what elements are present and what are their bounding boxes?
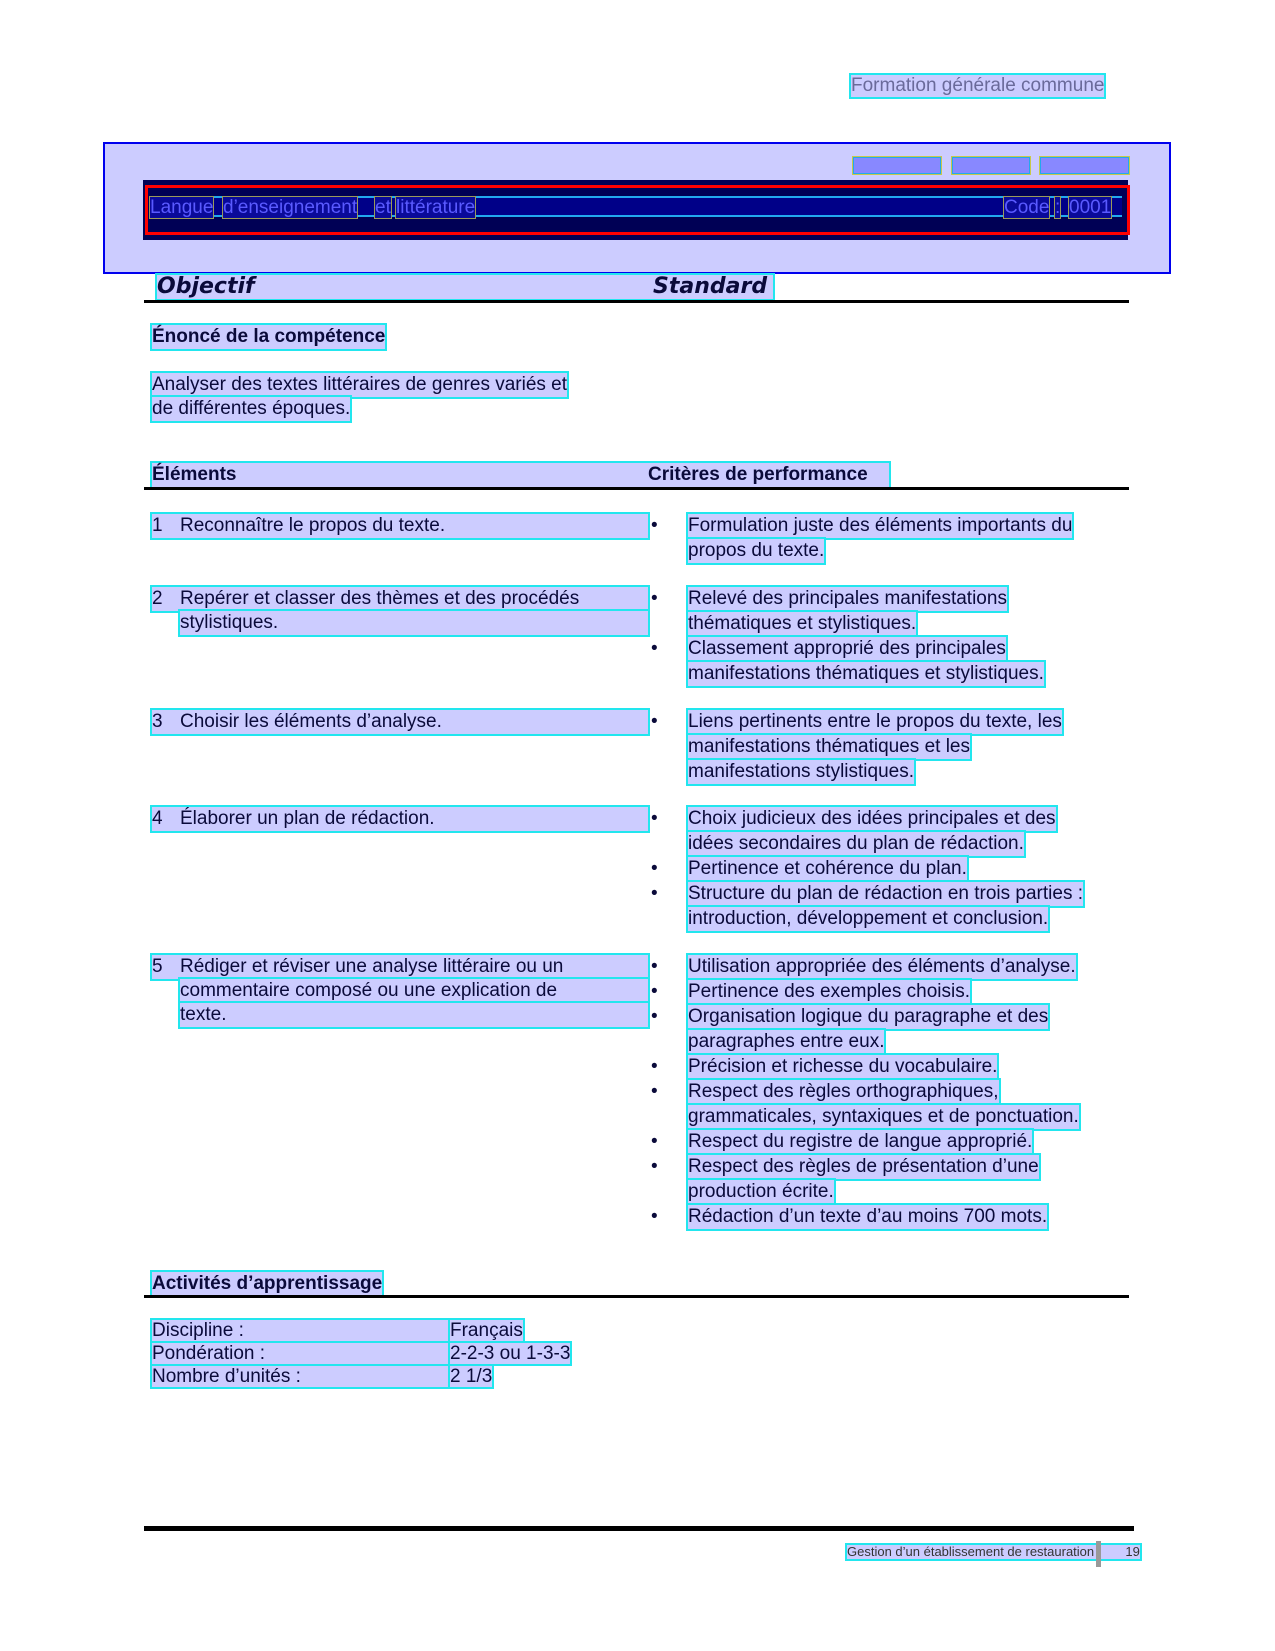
bullet-icon: •: [651, 514, 658, 538]
activity-label: Nombre d’unités :: [152, 1366, 450, 1387]
standard-label: Standard: [653, 275, 767, 299]
bullet-icon: •: [651, 710, 658, 734]
criterion-line: propos du texte.: [688, 539, 824, 563]
activity-label: Discipline :: [152, 1320, 450, 1341]
competency-line: de différentes époques.: [152, 397, 350, 421]
criterion-line: manifestations thématiques et stylistiqu…: [688, 662, 1044, 686]
criterion-line: manifestations stylistiques.: [688, 760, 914, 784]
activities-heading: Activités d’apprentissage: [152, 1272, 382, 1296]
criterion-line: Formulation juste des éléments important…: [688, 514, 1072, 538]
footer-marker: [1096, 1541, 1101, 1567]
criterion-line: manifestations thématiques et les: [688, 735, 970, 759]
element-number: 4: [152, 807, 180, 831]
element-line: 1Reconnaître le propos du texte.: [152, 514, 648, 538]
competency-line: Analyser des textes littéraires de genre…: [152, 373, 567, 397]
element-number: 1: [152, 514, 180, 538]
element-line: 2Repérer et classer des thèmes et des pr…: [152, 587, 648, 611]
footer-rule: [144, 1526, 1134, 1531]
bullet-icon: •: [651, 1080, 658, 1104]
bullet-icon: •: [651, 1005, 658, 1029]
title-line: Langue d’enseignement et littérature Cod…: [149, 196, 1122, 217]
criterion-line: Rédaction d’un texte d’au moins 700 mots…: [688, 1205, 1047, 1229]
criterion-line: paragraphes entre eux.: [688, 1030, 884, 1054]
element-number: 3: [152, 710, 180, 734]
header-tab-1: [852, 156, 942, 175]
page-number: 19: [1125, 1544, 1139, 1559]
element-text: Choisir les éléments d’analyse.: [180, 711, 442, 732]
objective-label: Objectif: [157, 275, 255, 299]
element-line: 3Choisir les éléments d’analyse.: [152, 710, 648, 734]
course-title-word: Langue: [149, 196, 214, 219]
table-rule: [144, 487, 1129, 490]
criterion-line: Pertinence des exemples choisis.: [688, 980, 970, 1004]
activity-label: Pondération :: [152, 1343, 450, 1364]
criterion-line: Classement approprié des principales: [688, 637, 1006, 661]
criterion-line: Respect du registre de langue approprié.: [688, 1130, 1032, 1154]
code-separator: :: [1054, 196, 1061, 219]
course-title-word: littérature: [395, 196, 476, 219]
criterion-line: Respect des règles orthographiques,: [688, 1080, 999, 1104]
element-number: 5: [152, 955, 180, 979]
element-text: Élaborer un plan de rédaction.: [180, 808, 435, 829]
element-text: Reconnaître le propos du texte.: [180, 515, 445, 536]
criterion-line: thématiques et stylistiques.: [688, 612, 916, 636]
bullet-icon: •: [651, 955, 658, 979]
criterion-line: production écrite.: [688, 1180, 834, 1204]
footer-title: Gestion d’un établissement de restaurati…: [847, 1544, 1094, 1559]
criterion-line: Choix judicieux des idées principales et…: [688, 807, 1056, 831]
course-title-bar: Langue d’enseignement et littérature Cod…: [143, 180, 1128, 240]
bullet-icon: •: [651, 637, 658, 661]
criterion-line: Utilisation appropriée des éléments d’an…: [688, 955, 1076, 979]
bullet-icon: •: [651, 587, 658, 611]
element-number: 2: [152, 587, 180, 611]
criterion-line: Structure du plan de rédaction en trois …: [688, 882, 1083, 906]
elements-column-header: Éléments Critères de performance: [152, 463, 889, 487]
element-line: texte.: [180, 1003, 648, 1027]
criterion-line: introduction, développement et conclusio…: [688, 907, 1048, 931]
header-tab-3: [1039, 156, 1130, 175]
criteria-heading: Critères de performance: [648, 463, 868, 487]
element-line: commentaire composé ou une explication d…: [180, 979, 648, 1003]
criterion-line: idées secondaires du plan de rédaction.: [688, 832, 1024, 856]
course-title-word: d’enseignement: [222, 196, 358, 219]
bullet-icon: •: [651, 807, 658, 831]
criterion-line: Pertinence et cohérence du plan.: [688, 857, 967, 881]
activities-rule: [144, 1295, 1129, 1298]
activity-value: Français: [450, 1320, 523, 1341]
bullet-icon: •: [651, 1205, 658, 1229]
competency-heading: Énoncé de la compétence: [152, 325, 385, 349]
element-line: 5Rédiger et réviser une analyse littérai…: [152, 955, 648, 979]
criterion-line: Liens pertinents entre le propos du text…: [688, 710, 1062, 734]
elements-heading: Éléments: [152, 464, 236, 485]
element-line: 4Élaborer un plan de rédaction.: [152, 807, 648, 831]
bullet-icon: •: [651, 857, 658, 881]
code-value: 0001: [1068, 196, 1112, 219]
bullet-icon: •: [651, 980, 658, 1004]
criterion-line: Organisation logique du paragraphe et de…: [688, 1005, 1048, 1029]
course-title-word: et: [374, 196, 392, 219]
criterion-line: Respect des règles de présentation d’une: [688, 1155, 1039, 1179]
bullet-icon: •: [651, 1130, 658, 1154]
element-text: Rédiger et réviser une analyse littérair…: [180, 956, 563, 977]
course-header-panel: Langue d’enseignement et littérature Cod…: [103, 142, 1171, 274]
activity-value: 2-2-3 ou 1-3-3: [450, 1343, 570, 1364]
activity-value: 2 1/3: [450, 1366, 492, 1387]
criterion-line: grammaticales, syntaxiques et de ponctua…: [688, 1105, 1079, 1129]
element-line: stylistiques.: [180, 611, 648, 635]
header-tab-2: [951, 156, 1031, 175]
running-head: Formation générale commune: [851, 75, 1104, 97]
criterion-line: Relevé des principales manifestations: [688, 587, 1007, 611]
bullet-icon: •: [651, 1155, 658, 1179]
criterion-line: Précision et richesse du vocabulaire.: [688, 1055, 997, 1079]
code-label: Code: [1003, 196, 1050, 219]
element-text: Repérer et classer des thèmes et des pro…: [180, 588, 579, 609]
section-rule: [144, 300, 1129, 303]
bullet-icon: •: [651, 882, 658, 906]
bullet-icon: •: [651, 1055, 658, 1079]
